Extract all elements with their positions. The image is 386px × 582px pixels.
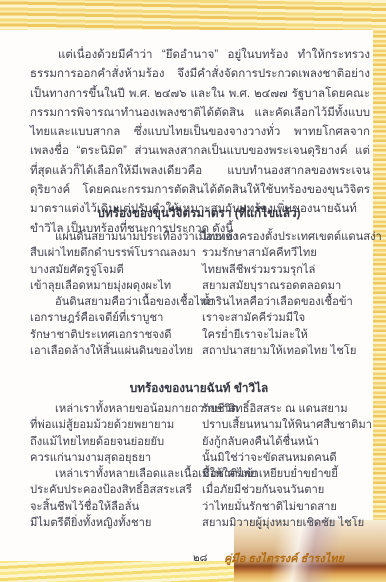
poem-line-right: เราจะสามัคคีร่วมมีใจ [202, 310, 374, 326]
poem-row: เข้าลุยเลือดหมายมุ่งผดุงผะไท สยามสมัยบุร… [30, 278, 374, 294]
poem-row: จะสิ้นชีพไว้ชื่อให้ลือลั่น ว่าไทยมั่นรัก… [30, 499, 374, 515]
poem-stanza-chan-khamwilai: เหล่าเราทั้งหลายขอน้อมกายถวายชีวิต รักษา… [30, 401, 374, 531]
poem-line-right: สยามมิวายผู้มุ่งหมายเชิดชัย ไชโย [202, 515, 374, 531]
poem-line-right: เมื่อภัยมีช่วยกันจนวันตาย [202, 482, 374, 498]
poem-stanza-wichitmatra: แผ่นดินสยามนามประเทืองว่าเมืองทอง ไทยเข้… [30, 229, 374, 359]
poem-row: ประคับประคองป้องสิทธิ์อิสสระเสรี เมื่อภั… [30, 482, 374, 498]
poem-row: อันดินสยามคือว่าเนื้อของเชื้อไทย น้ำรินไ… [30, 294, 374, 310]
poem-row: รักษาชาติประเทศเอกราชจงดี ใครย่ำยีเราจะไ… [30, 327, 374, 343]
book-page: แต่เนื่องด้วยมีคำว่า “ยึดอำนาจ” อยู่ในบท… [0, 0, 386, 582]
poem-line-right: มิให้ใครเข้าเหยียบย่ำขยำขยี้ [202, 466, 374, 482]
poem-row: เอกราษฎร์คือเจดีย์ที่เราบูชา เราจะสามัคค… [30, 310, 374, 326]
poem-line-left: เอกราษฎร์คือเจดีย์ที่เราบูชา [30, 310, 202, 326]
poem-line-left: แผ่นดินสยามนามประเทืองว่าเมืองทอง [30, 229, 202, 245]
poem-row: ควรแก่นามงามสุดอยุธยา นั้นมิใช่ว่าจะขัดส… [30, 450, 374, 466]
poem-line-right: สยามสมัยบุราณรอดตลอดมา [202, 278, 374, 294]
poem-line-right: นั้นมิใช่ว่าจะขัดสนหมดคนดี [202, 450, 374, 466]
poem-line-left: เหล่าเราทั้งหลายเลือดและเนื้อเชื้อชาติไท… [30, 466, 202, 482]
poem-line-right: รวมรักษาสามัคคีทวีไทย [202, 245, 374, 261]
poem-line-left: เอาเลือดล้างให้สิ้นแผ่นดินของไทย [30, 343, 202, 359]
poem-line-left: บางสมัยศัตรูจู่โจมตี [30, 262, 202, 278]
page-number: ๒๘ [193, 551, 207, 566]
poem-row: เอาเลือดล้างให้สิ้นแผ่นดินของไทย สถาปนาส… [30, 343, 374, 359]
poem-line-right: ไทยพลีชีพร่วมรวมรุกไล่ [202, 262, 374, 278]
poem-line-left: สืบเผ่าไทยดึกดำบรรพ์โบราณลงมา [30, 245, 202, 261]
poem-line-left: รักษาชาติประเทศเอกราชจงดี [30, 327, 202, 343]
section-heading-chan-khamwilai: บทร้องของนายฉันท์ ขำวิไล [30, 379, 368, 398]
poem-line-left: ประคับประคองป้องสิทธิ์อิสสระเสรี [30, 482, 202, 498]
page-edge-top-decoration [0, 0, 386, 30]
book-title: คู่มือ ธงไตรรงค์ ธำรงไทย [224, 549, 344, 567]
poem-line-right: ยังกู้กลับคงคืนได้ชื่นหน้า [202, 434, 374, 450]
poem-line-right: น้ำรินไหลคือว่าเลือดของเชื้อข้า [202, 294, 374, 310]
poem-line-left: เข้าลุยเลือดหมายมุ่งผดุงผะไท [30, 278, 202, 294]
poem-line-right: ปราบเสี้ยนหนามให้พินาศสืบชาติมา [202, 417, 374, 433]
poem-line-right: ใครย่ำยีเราจะไม่ละให้ [202, 327, 374, 343]
poem-line-right: สถาปนาสยามให้เทอดไทย ไชโย [202, 343, 374, 359]
poem-row: แผ่นดินสยามนามประเทืองว่าเมืองทอง ไทยเข้… [30, 229, 374, 245]
poem-line-left: อันดินสยามคือว่าเนื้อของเชื้อไทย [30, 294, 202, 310]
section-heading-wichitmatra: บทร้องของขุนวิจิตรมาตรา (ที่แก้ไขแล้ว) [30, 204, 368, 223]
poem-row: บางสมัยศัตรูจู่โจมตี ไทยพลีชีพร่วมรวมรุก… [30, 262, 374, 278]
poem-row: ที่พ่อแม่สู้ยอมม้วยด้วยพยายาม ปราบเสี้ยน… [30, 417, 374, 433]
poem-row: เหล่าเราทั้งหลายขอน้อมกายถวายชีวิต รักษา… [30, 401, 374, 417]
poem-line-left: ที่พ่อแม่สู้ยอมม้วยด้วยพยายาม [30, 417, 202, 433]
poem-line-right: ไทยเข้าครองตั้งประเทศเขตต์แดนสง่า [202, 229, 382, 245]
poem-row: เหล่าเราทั้งหลายเลือดและเนื้อเชื้อชาติไท… [30, 466, 374, 482]
poem-line-left: เหล่าเราทั้งหลายขอน้อมกายถวายชีวิต [30, 401, 202, 417]
poem-line-left: จะสิ้นชีพไว้ชื่อให้ลือลั่น [30, 499, 202, 515]
poem-line-left: มีไมตรีดียิ่งทั้งหญิงทั้งชาย [30, 515, 202, 531]
poem-line-right: ว่าไทยมั่นรักชาติไม่ขาดสาย [202, 499, 374, 515]
poem-line-right: รักษาสิทธิ์อิสสระ ณ แดนสยาม [202, 401, 374, 417]
poem-row: สืบเผ่าไทยดึกดำบรรพ์โบราณลงมา รวมรักษาสา… [30, 245, 374, 261]
poem-row: ถึงแม้ไทยไทยด้อยจนย่อยยับ ยังกู้กลับคงคื… [30, 434, 374, 450]
poem-line-left: ควรแก่นามงามสุดอยุธยา [30, 450, 202, 466]
page-edge-right-decoration [373, 28, 386, 566]
poem-line-left: ถึงแม้ไทยไทยด้อยจนย่อยยับ [30, 434, 202, 450]
poem-row: มีไมตรีดียิ่งทั้งหญิงทั้งชาย สยามมิวายผู… [30, 515, 374, 531]
